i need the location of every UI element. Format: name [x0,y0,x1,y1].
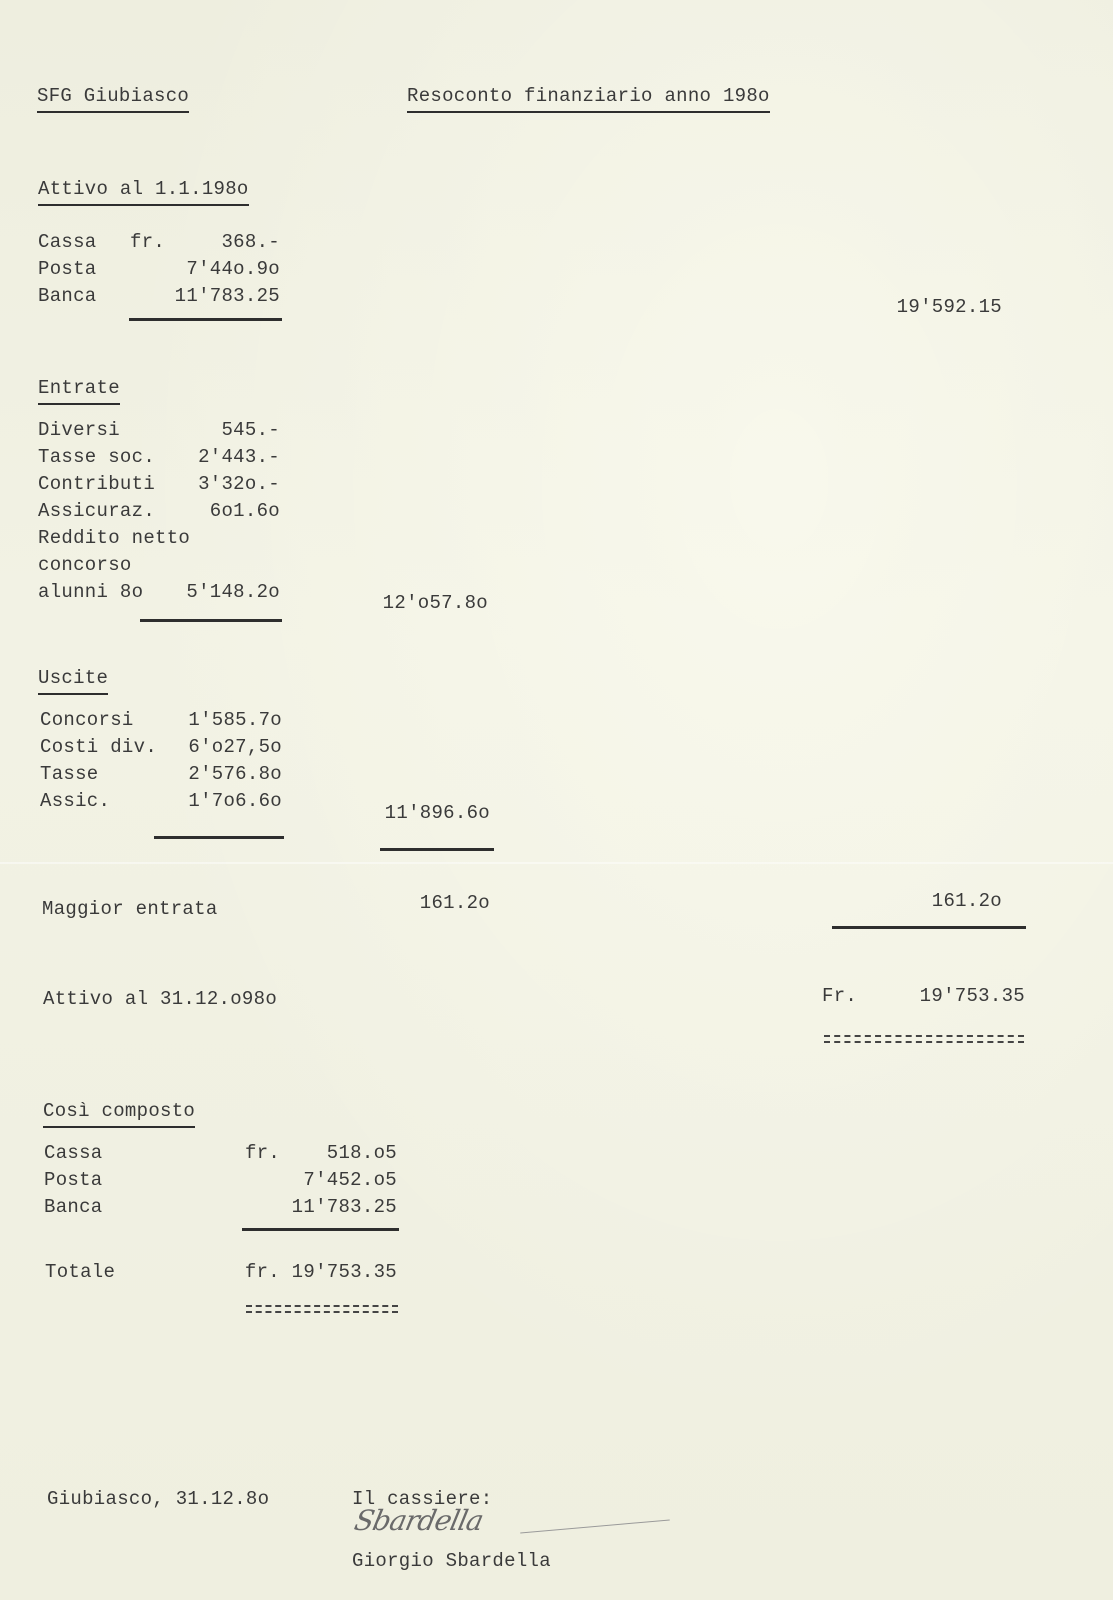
composition-row-label: Banca [44,1194,103,1221]
expense-row-label: Concorsi [40,707,134,734]
composition-heading: Così composto [43,1098,195,1128]
opening-row-label: Cassa [38,229,97,256]
subtotal-rule [242,1228,399,1231]
composition-row-amount: 7'452.o5 [280,1167,397,1194]
closing-currency: Fr. [822,983,857,1010]
total-rule [832,926,1026,929]
income-row-label: Reddito netto [38,525,190,552]
composition-row-amount: 11'783.25 [280,1194,397,1221]
income-row-label: Diversi [38,417,120,444]
subtotal-rule [140,619,282,622]
closing-amount: 19'753.35 [880,983,1025,1010]
signature-stroke [520,1519,670,1533]
income-row-amount: 3'32o.- [170,471,280,498]
income-total: 12'o57.8o [370,590,488,617]
surplus-amount-right: 161.2o [850,888,1002,915]
income-row-amount: 5'148.2o [170,579,280,606]
opening-row-amount: 368.- [170,229,280,256]
composition-total-label: Totale [45,1259,115,1286]
double-rule [824,1035,1024,1043]
composition-currency: fr. [245,1140,280,1167]
double-rule [246,1305,398,1313]
income-heading: Entrate [38,375,120,405]
income-row-label: concorso [38,552,132,579]
composition-total: fr. 19'753.35 [240,1259,397,1286]
opening-row-label: Banca [38,283,97,310]
place-date: Giubiasco, 31.12.8o [47,1486,269,1513]
document-page: SFG Giubiasco Resoconto finanziario anno… [0,0,1113,1600]
subtotal-rule [129,318,282,321]
expense-row-amount: 6'o27,5o [170,734,282,761]
subtotal-rule [154,836,284,839]
expenses-heading: Uscite [38,665,108,695]
opening-currency: fr. [130,229,165,256]
expense-row-amount: 2'576.8o [170,761,282,788]
income-row-label: Tasse soc. [38,444,155,471]
paper-fold [0,862,1113,864]
composition-row-amount: 518.o5 [280,1140,397,1167]
opening-row-amount: 11'783.25 [170,283,280,310]
signature: Sbardella [351,1504,485,1537]
income-row-label: alunni 8o [38,579,143,606]
expense-row-amount: 1'585.7o [170,707,282,734]
income-row-amount: 6o1.6o [170,498,280,525]
total-rule [380,848,494,851]
surplus-amount: 161.2o [370,890,490,917]
expense-row-amount: 1'7o6.6o [170,788,282,815]
cashier-name: Giorgio Sbardella [352,1548,551,1575]
closing-label: Attivo al 31.12.o98o [43,986,277,1013]
organization-name: SFG Giubiasco [37,83,189,113]
income-row-amount: 2'443.- [170,444,280,471]
surplus-label: Maggior entrata [42,896,218,923]
opening-heading: Attivo al 1.1.198o [38,176,249,206]
opening-row-amount: 7'44o.9o [170,256,280,283]
document-title: Resoconto finanziario anno 198o [407,83,770,113]
expense-row-label: Costi div. [40,734,157,761]
expense-row-label: Assic. [40,788,110,815]
income-row-label: Assicuraz. [38,498,155,525]
income-row-label: Contributi [38,471,155,498]
composition-row-label: Posta [44,1167,103,1194]
opening-row-label: Posta [38,256,97,283]
expenses-total: 11'896.6o [370,800,490,827]
composition-row-label: Cassa [44,1140,103,1167]
expense-row-label: Tasse [40,761,99,788]
opening-total: 19'592.15 [850,294,1002,321]
income-row-amount: 545.- [170,417,280,444]
